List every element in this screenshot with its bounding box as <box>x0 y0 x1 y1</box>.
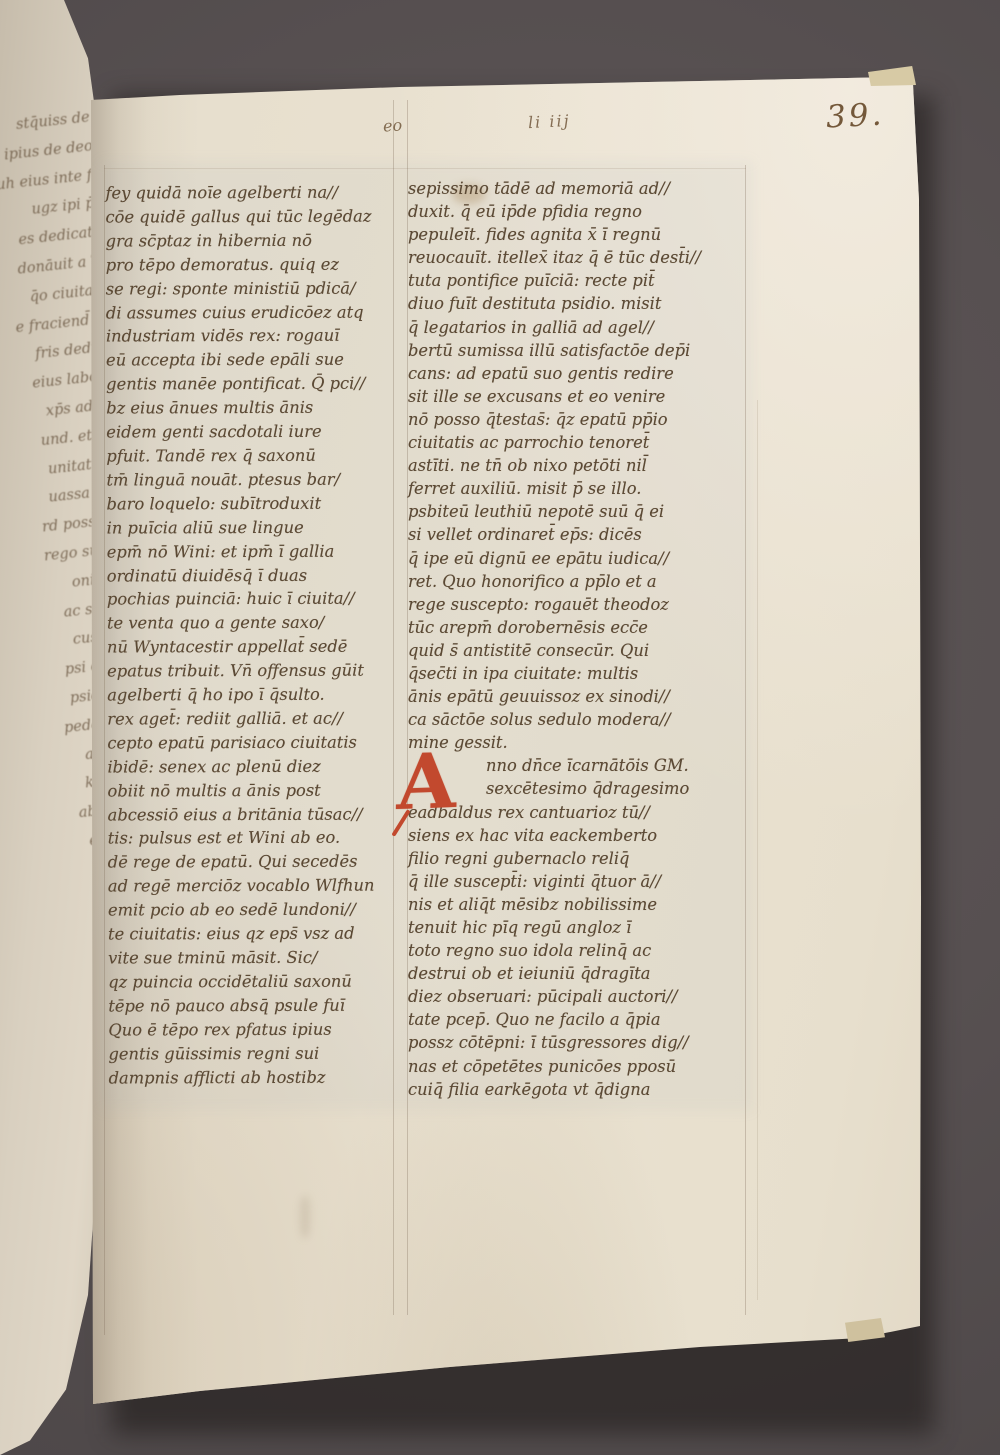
manuscript-line: ibidē: senex ac plenū diez <box>107 754 395 779</box>
manuscript-line: abcessiō eius a britānia tūsac// <box>108 802 396 827</box>
manuscript-line: toto regno suo idola relinq̄ ac <box>408 939 748 962</box>
manuscript-line: ānis epātū geuuissoz ex sinodi// <box>408 685 748 708</box>
ruling-line <box>104 165 105 1335</box>
manuscript-line: gra sc̄ptaz in hibernia nō <box>106 228 394 253</box>
manuscript-line: tis: pulsus est et Wini ab eo. <box>108 826 396 851</box>
text-column-left: fey quidā noīe agelberti na//cōe quidē g… <box>105 181 396 1090</box>
manuscript-line: nas et cōpetētes punicōes pposū <box>408 1055 748 1078</box>
manuscript-line: tūc arepm̄ dorobernēsis ecc̄e <box>408 616 748 639</box>
manuscript-line: gentis manēe pontificat. Q̄ pci// <box>106 372 394 397</box>
ruling-line <box>757 400 758 1300</box>
manuscript-line: sexcētesimo q̄dragesimo <box>408 777 748 800</box>
manuscript-line: in puīcia aliū sue lingue <box>107 515 395 540</box>
manuscript-line: siens ex hac vita eackemberto <box>408 824 748 847</box>
manuscript-line: obiit nō multis a ānis post <box>108 778 396 803</box>
manuscript-line: destrui ob et ieiuniū q̄dragīta <box>408 962 748 985</box>
manuscript-line: epm̄ nō Wini: et ipm̄ ī gallia <box>107 539 395 564</box>
manuscript-line: agelberti q̄ ho ipo ī q̄sulto. <box>107 683 395 708</box>
manuscript-line: sepissimo tādē ad memoriā ad// <box>408 177 748 200</box>
quire-mark: eo <box>382 115 402 135</box>
manuscript-line: q̄ ille suscept̄i: viginti q̄tuor ā// <box>408 870 748 893</box>
manuscript-line: quid s̄ antistitē consecūr. Qui <box>408 639 748 662</box>
manuscript-line: ferret auxiliū. misit p̄ se illo. <box>408 477 748 500</box>
manuscript-line: cans: ad epatū suo gentis redire <box>408 362 748 385</box>
manuscript-line: industriam vidēs rex: rogauī <box>106 324 394 349</box>
manuscript-line: eidem genti sacdotali iure <box>106 420 394 445</box>
manuscript-line: cuiq̄ filia earkēgota vt q̄digna <box>408 1078 748 1101</box>
manuscript-line: astīti. ne tn̄ ob nixo petōti nil̄ <box>408 454 748 477</box>
manuscript-line: eadbaldus rex cantuarioz tū// <box>408 801 748 824</box>
manuscript-line: qz puincia occidētaliū saxonū <box>108 969 396 994</box>
text-column-right: sepissimo tādē ad memoriā ad//duxit. q̄ … <box>408 177 748 1101</box>
manuscript-line: tēpe nō pauco absq̄ psule fuī <box>108 993 396 1018</box>
manuscript-line: possz cōtēpni: ī tūsgressores dig// <box>408 1031 748 1054</box>
folio-number: 39. <box>825 96 885 135</box>
manuscript-line: q̄ ipe eū dignū ee epātu iudica// <box>408 547 748 570</box>
manuscript-line: ciuitatis ac parrochio tenoret̄ <box>408 431 748 454</box>
manuscript-line: te venta quo a gente saxo/ <box>107 611 395 636</box>
manuscript-line: cepto epatū parisiaco ciuitatis <box>107 730 395 755</box>
manuscript-line: fey quidā noīe agelberti na// <box>105 181 393 206</box>
manuscript-line: bertū sumissa illū satisfactōe dep̄i <box>408 339 748 362</box>
manuscript-line: pepuleīt. fides agnita x̄ ī regnū <box>408 223 748 246</box>
manuscript-line: filio regni gubernaclo reliq̄ <box>408 847 748 870</box>
manuscript-line: q̄ legatarios in galliā ad agel// <box>408 316 748 339</box>
under-page-edge <box>868 66 916 86</box>
manuscript-line: dē rege de epatū. Qui secedēs <box>108 850 396 875</box>
manuscript-line: pfuit. Tandē rex q̄ saxonū <box>106 443 394 468</box>
manuscript-line: tuta pontifice puīciā: recte pit̄ <box>408 269 748 292</box>
manuscript-line: reuocauīt. itellex̄ itaz q̄ ē tūc dest̄i… <box>408 246 748 269</box>
manuscript-line: nō posso q̄testas̄: q̄z epatū pp̄io <box>408 408 748 431</box>
book-number-mark: li iij <box>528 111 571 132</box>
manuscript-line: te ciuitatis: eius qz eps̄ vsz ad <box>108 922 396 947</box>
manuscript-line: tenuit hic pīq regū angloz ī <box>408 916 748 939</box>
manuscript-line: nū Wyntacestir appellat̄ sedē <box>107 635 395 660</box>
manuscript-line: gentis gūissimis regni sui <box>108 1041 396 1066</box>
parchment-stain <box>300 1196 310 1238</box>
manuscript-line: pochias puinciā: huic ī ciuita// <box>107 587 395 612</box>
folio-page: eo li iij 39. fey quidā noīe agelberti n… <box>0 0 1000 1455</box>
manuscript-line: diez obseruari: pūcipali auctori// <box>408 985 748 1008</box>
manuscript-line: vite sue tminū māsit. Sic/ <box>108 945 396 970</box>
manuscript-line: tm̄ linguā nouāt. ptesus bar/ <box>106 467 394 492</box>
rubricated-initial: A <box>396 743 456 821</box>
manuscript-line: Quo ē tēpo rex pfatus ipius <box>108 1017 396 1042</box>
manuscript-line: q̄sec̄ti in ipa ciuitate: multis <box>408 662 748 685</box>
ruling-line <box>104 168 746 169</box>
manuscript-line: duxit. q̄ eū ip̄de pfidia regno <box>408 200 748 223</box>
manuscript-line: emit pcio ab eo sedē lundoni// <box>108 898 396 923</box>
manuscript-line: ca sāctōe solus sedulo modera// <box>408 708 748 731</box>
manuscript-line: epatus tribuit. Vn̄ offensus gūit <box>107 659 395 684</box>
manuscript-line: sit ille se excusans et eo venire <box>408 385 748 408</box>
manuscript-line: se regi: sponte ministiū pdicā/ <box>106 276 394 301</box>
manuscript-line: pro tēpo demoratus. quiq ez <box>106 252 394 277</box>
manuscript-line: di assumes cuius erudicōez atq <box>106 300 394 325</box>
manuscript-line: diuo fuīt destituta psidio. misit <box>408 292 748 315</box>
manuscript-line: si vellet ordinaret̄ ep̄s: dicēs <box>408 523 748 546</box>
manuscript-line: mine gessit. <box>408 731 748 754</box>
manuscript-line: ret. Quo honorifico a pp̄lo et a <box>408 570 748 593</box>
manuscript-line: dampnis afflicti ab hostibz <box>109 1065 397 1090</box>
manuscript-line: cōe quidē gallus qui tūc legēdaz <box>105 204 393 229</box>
manuscript-line: eū accepta ibi sede epāli sue <box>106 348 394 373</box>
manuscript-line: ad regē merciōz vocablo Wlfhun <box>108 874 396 899</box>
manuscript-line: baro loquelo: subītroduxit <box>107 491 395 516</box>
manuscript-line: rex aget̄: rediit galliā. et ac// <box>107 706 395 731</box>
manuscript-line: rege suscepto: rogauēt theodoz <box>408 593 748 616</box>
manuscript-line: ordinatū diuidēsq̄ ī duas <box>107 563 395 588</box>
manuscript-line: nis et aliq̄t mēsibz nobilissime <box>408 893 748 916</box>
manuscript-line: psbiteū leuthiū nepotē suū q̄ ei <box>408 500 748 523</box>
manuscript-line: nno dn̄ce īcarnātōis GM. <box>408 754 748 777</box>
manuscript-line: tate pcep̄. Quo ne facilo a q̄pia <box>408 1008 748 1031</box>
manuscript-photo: stq̄uiss de nipius de deo duh eius inte … <box>0 0 1000 1455</box>
manuscript-line: bz eius ānues multis ānis <box>106 396 394 421</box>
